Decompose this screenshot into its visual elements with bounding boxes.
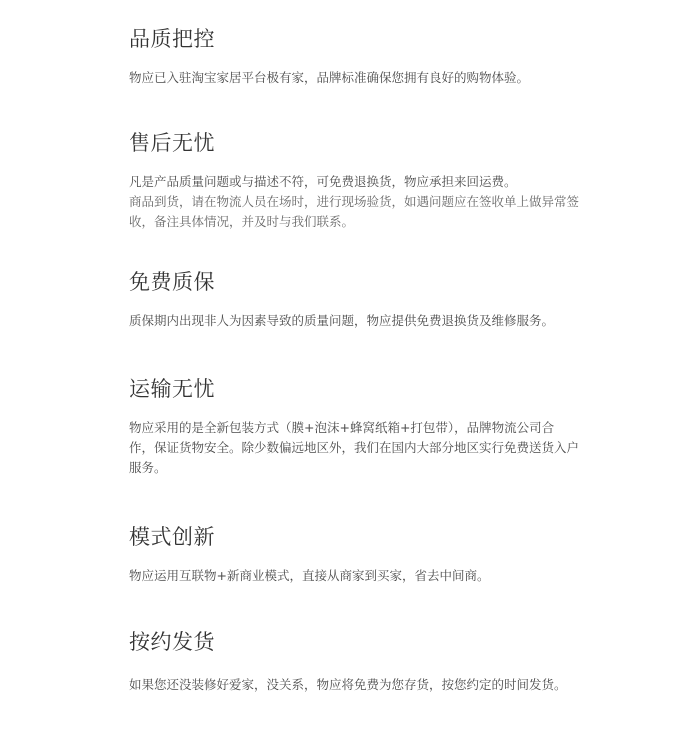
section-paragraph: 物应运用互联物+新商业模式，直接从商家到买家，省去中间商。 <box>129 566 579 586</box>
section-after-sales: 售后无忧 凡是产品质量问题或与描述不符，可免费退换货，物应承担来回运费。 商品到… <box>129 130 579 232</box>
section-body: 凡是产品质量问题或与描述不符，可免费退换货，物应承担来回运费。 商品到货，请在物… <box>129 172 579 232</box>
section-body: 如果您还没装修好爱家，没关系，物应将免费为您存货，按您约定的时间发货。 <box>129 675 579 695</box>
section-free-warranty: 免费质保 质保期内出现非人为因素导致的质量问题，物应提供免费退换货及维修服务。 <box>129 269 579 331</box>
section-quality-control: 品质把控 物应已入驻淘宝家居平台极有家，品牌标准确保您拥有良好的购物体验。 <box>129 26 579 88</box>
section-title: 运输无忧 <box>129 376 579 402</box>
section-body: 物应运用互联物+新商业模式，直接从商家到买家，省去中间商。 <box>129 566 579 586</box>
section-body: 物应采用的是全新包装方式（膜+泡沫+蜂窝纸箱+打包带），品牌物流公司合作，保证货… <box>129 418 579 478</box>
section-shipping: 运输无忧 物应采用的是全新包装方式（膜+泡沫+蜂窝纸箱+打包带），品牌物流公司合… <box>129 376 579 478</box>
section-title: 售后无忧 <box>129 130 579 156</box>
section-paragraph: 质保期内出现非人为因素导致的质量问题，物应提供免费退换货及维修服务。 <box>129 311 579 331</box>
section-title: 免费质保 <box>129 269 579 295</box>
section-paragraph: 物应已入驻淘宝家居平台极有家，品牌标准确保您拥有良好的购物体验。 <box>129 68 579 88</box>
section-title: 模式创新 <box>129 524 579 550</box>
section-paragraph: 物应采用的是全新包装方式（膜+泡沫+蜂窝纸箱+打包带），品牌物流公司合作，保证货… <box>129 418 579 478</box>
section-model-innovation: 模式创新 物应运用互联物+新商业模式，直接从商家到买家，省去中间商。 <box>129 524 579 586</box>
section-paragraph: 商品到货，请在物流人员在场时，进行现场验货，如遇问题应在签收单上做异常签收，备注… <box>129 192 579 232</box>
section-body: 物应已入驻淘宝家居平台极有家，品牌标准确保您拥有良好的购物体验。 <box>129 68 579 88</box>
section-paragraph: 凡是产品质量问题或与描述不符，可免费退换货，物应承担来回运费。 <box>129 172 579 192</box>
section-scheduled-delivery: 按约发货 如果您还没装修好爱家，没关系，物应将免费为您存货，按您约定的时间发货。 <box>129 629 579 695</box>
section-title: 品质把控 <box>129 26 579 52</box>
section-paragraph: 如果您还没装修好爱家，没关系，物应将免费为您存货，按您约定的时间发货。 <box>129 675 579 695</box>
section-title: 按约发货 <box>129 629 579 655</box>
section-body: 质保期内出现非人为因素导致的质量问题，物应提供免费退换货及维修服务。 <box>129 311 579 331</box>
